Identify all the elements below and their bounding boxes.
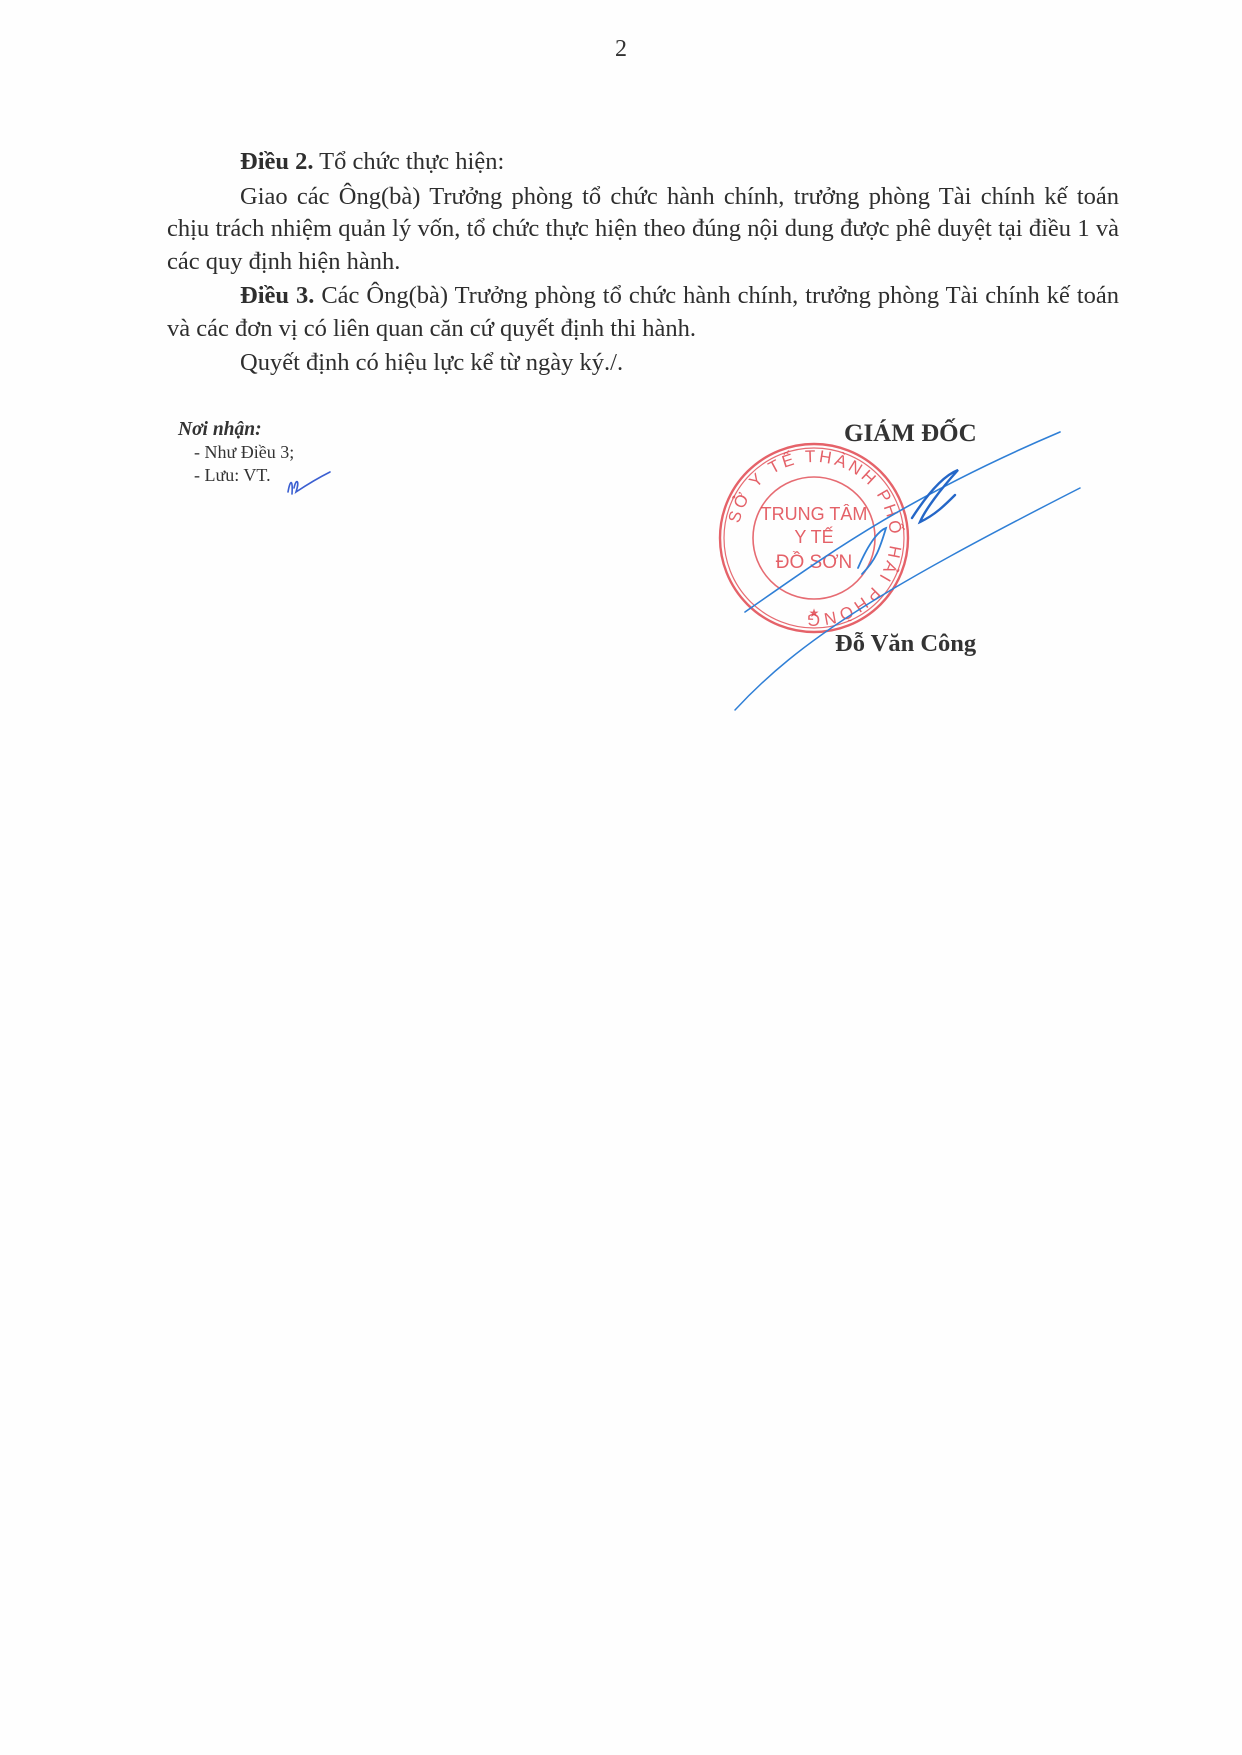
document-page: 2 Điều 2. Tổ chức thực hiện: Giao các Ôn… [0, 0, 1242, 1755]
article-label: Điều 2. [240, 148, 314, 175]
document-body: Điều 2. Tổ chức thực hiện: Giao các Ông(… [167, 146, 1119, 380]
recipient-item: - Như Điều 3; [178, 441, 294, 464]
article-2-body: Giao các Ông(bà) Trưởng phòng tổ chức hà… [167, 181, 1119, 279]
stamp-star-icon: ★ [809, 606, 820, 620]
recipient-item: - Lưu: VT. [178, 464, 294, 487]
signer-title: GIÁM ĐỐC [844, 420, 977, 448]
recipients-block: Nơi nhận: - Như Điều 3; - Lưu: VT. [178, 418, 294, 487]
stamp-inner-line: TRUNG TÂM [761, 504, 868, 524]
stamp-inner-line: ĐỒ SƠN [776, 551, 852, 573]
recipients-heading: Nơi nhận: [178, 418, 294, 441]
official-stamp: SỞ Y TẾ THÀNH PHỐ HẢI PHÒNG TRUNG TÂM Y … [716, 440, 912, 636]
article-3: Điều 3. Các Ông(bà) Trưởng phòng tổ chức… [167, 280, 1119, 345]
page-number: 2 [0, 36, 1242, 63]
article-2-heading: Điều 2. Tổ chức thực hiện: [167, 146, 1119, 179]
signer-name: Đỗ Văn Công [835, 630, 976, 658]
effective-clause: Quyết định có hiệu lực kể từ ngày ký./. [167, 347, 1119, 380]
article-label: Điều 3. [240, 282, 314, 309]
initials-mark-icon [284, 470, 344, 500]
stamp-inner-line: Y TẾ [794, 526, 833, 547]
stamp-seal-icon: SỞ Y TẾ THÀNH PHỐ HẢI PHÒNG TRUNG TÂM Y … [716, 440, 912, 636]
article-text: Giao các Ông(bà) Trưởng phòng tổ chức hà… [167, 183, 1119, 275]
article-text: Tổ chức thực hiện: [314, 148, 505, 175]
article-text: Quyết định có hiệu lực kể từ ngày ký./. [240, 349, 623, 376]
